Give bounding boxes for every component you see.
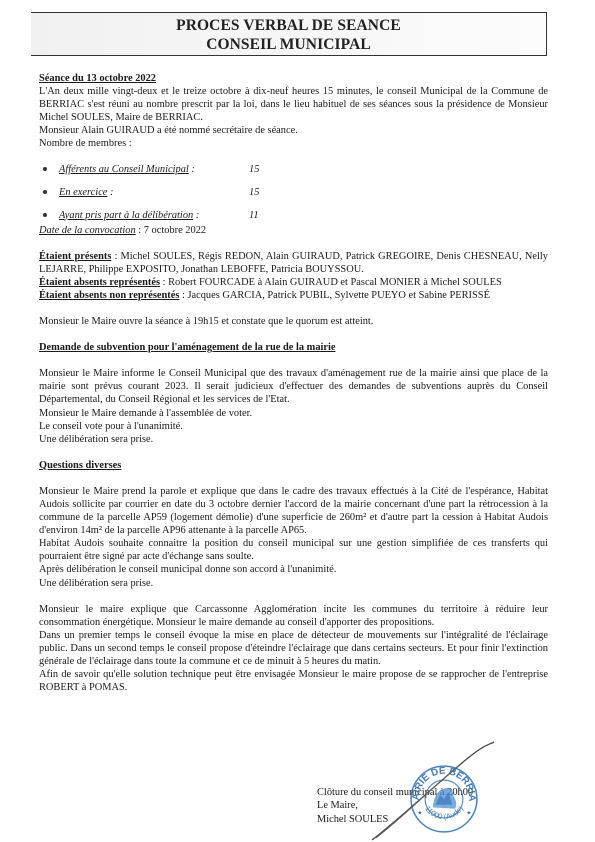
membres-value: 15: [249, 186, 259, 199]
membres-label: En exercice: [59, 187, 107, 198]
subvention-vote-request: Monsieur le Maire demande à l'assemblée …: [39, 407, 548, 420]
subvention-heading: Demande de subvention pour l'aménagement…: [39, 341, 548, 354]
membres-sep: :: [107, 187, 113, 198]
questions-heading: Questions diverses: [39, 459, 548, 472]
membres-value: 15: [249, 163, 259, 176]
quorum-line: Monsieur le Maire ouvre la séance à 19h1…: [39, 315, 548, 328]
bullet-icon: [43, 167, 47, 171]
questions-paragraph: Monsieur le maire explique que Carcasson…: [39, 603, 548, 629]
questions-paragraph: Dans un premier temps le conseil évoque …: [39, 629, 548, 668]
subvention-vote-result: Le conseil vote pour à l'unanimité.: [39, 420, 548, 433]
document-subtitle: CONSEIL MUNICIPAL: [31, 35, 546, 54]
membres-sep: :: [189, 164, 195, 175]
document-title-box: PROCES VERBAL DE SEANCE CONSEIL MUNICIPA…: [31, 12, 547, 56]
questions-paragraph: Afin de savoir qu'elle solution techniqu…: [39, 668, 548, 694]
absents-representes-value: : Robert FOURCADE à Alain GUIRAUD et Pas…: [160, 277, 502, 288]
questions-paragraph: Après délibération le conseil municipal …: [39, 563, 548, 576]
membres-label: Afférents au Conseil Municipal: [59, 164, 189, 175]
signature-stroke-icon: [368, 740, 498, 842]
bullet-icon: [43, 190, 47, 194]
seance-intro: L'An deux mille vingt-deux et le treize …: [39, 85, 548, 124]
membres-list: Afférents au Conseil Municipal : 15 En e…: [39, 163, 548, 232]
membres-item: En exercice : 15: [39, 186, 548, 209]
seance-heading: Séance du 13 octobre 2022: [39, 72, 548, 85]
presents-label: Étaient présents: [39, 251, 111, 262]
absents-non-representes-value: : Jacques GARCIA, Patrick PUBIL, Sylvett…: [179, 290, 490, 301]
absents-non-representes-line: Étaient absents non représentés : Jacque…: [39, 289, 548, 302]
presents-line: Étaient présents : Michel SOULES, Régis …: [39, 250, 548, 276]
absents-representes-line: Étaient absents représentés : Robert FOU…: [39, 276, 548, 289]
nombre-membres-label: Nombre de membres :: [39, 137, 548, 150]
bullet-icon: [43, 213, 47, 217]
absents-non-representes-label: Étaient absents non représentés: [39, 290, 179, 301]
subvention-paragraph: Monsieur le Maire informe le Conseil Mun…: [39, 367, 548, 406]
questions-paragraph: Monsieur le Maire prend la parole et exp…: [39, 485, 548, 537]
membres-sep: :: [193, 210, 199, 221]
questions-paragraph: Une délibération sera prise.: [39, 577, 548, 590]
membres-item: Ayant pris part à la délibération : 11: [39, 209, 548, 232]
document-body: Séance du 13 octobre 2022 L'An deux mill…: [39, 72, 548, 694]
subvention-deliberation: Une délibération sera prise.: [39, 433, 548, 446]
secretaire-line: Monsieur Alain GUIRAUD a été nommé secré…: [39, 124, 548, 137]
questions-paragraph: Habitat Audois souhaite connaitre la pos…: [39, 537, 548, 563]
presents-value: : Michel SOULES, Régis REDON, Alain GUIR…: [39, 251, 548, 275]
absents-representes-label: Étaient absents représentés: [39, 277, 160, 288]
membres-value: 11: [249, 209, 259, 222]
membres-item: Afférents au Conseil Municipal : 15: [39, 163, 548, 186]
membres-label: Ayant pris part à la délibération: [59, 210, 193, 221]
document-title: PROCES VERBAL DE SEANCE: [31, 16, 546, 35]
